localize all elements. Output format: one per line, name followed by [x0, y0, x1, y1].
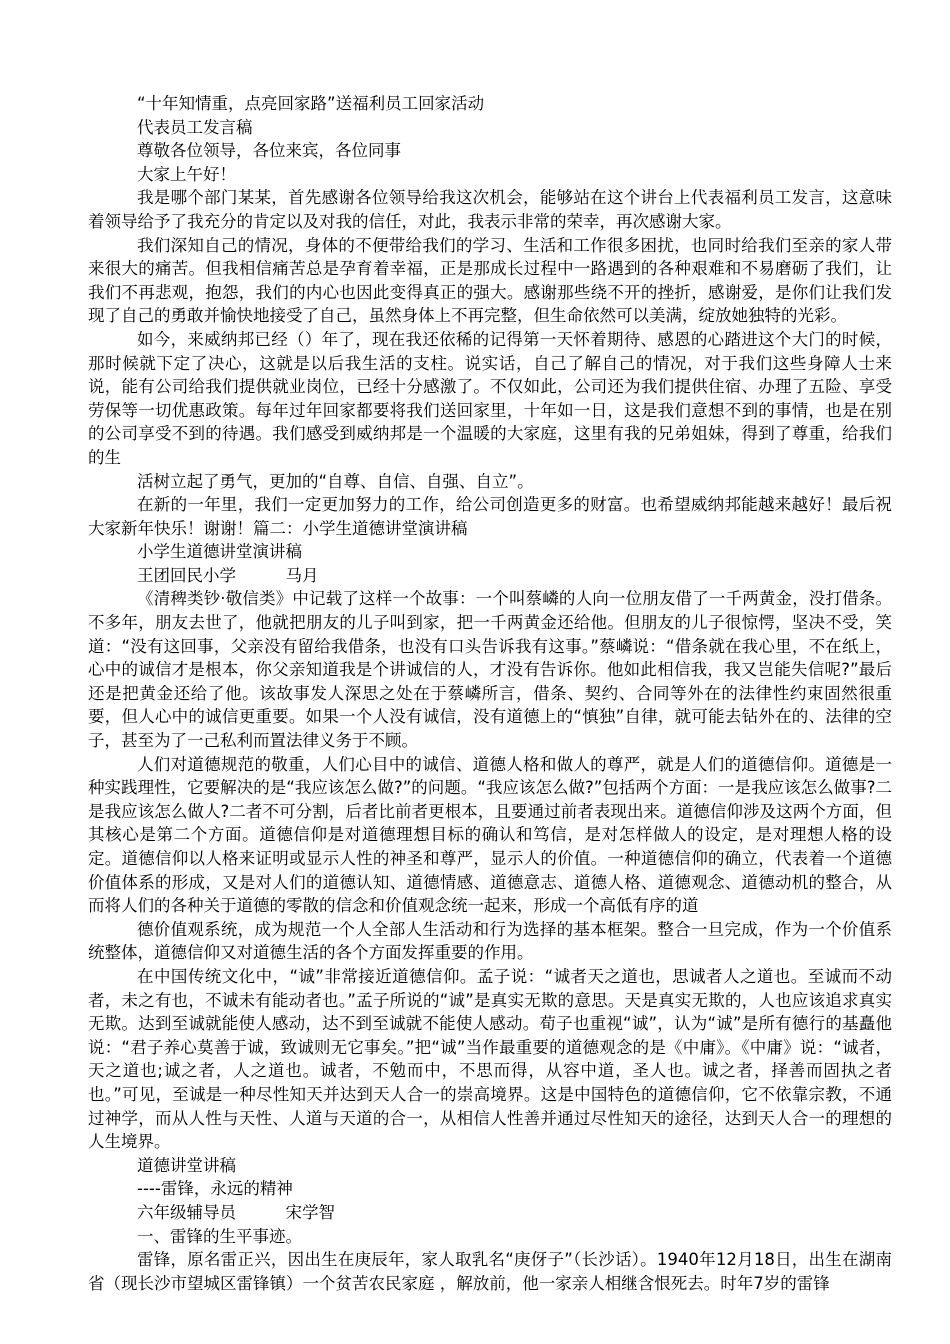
paragraph: 在中国传统文化中，“诚”非常接近道德信仰。孟子说：“诚者天之道也，思诚者人之道也…: [88, 965, 892, 1154]
paragraph: 《清稗类钞·敬信类》中记载了这样一个故事：一个叫蔡嶙的人向一位朋友借了一千两黄金…: [88, 587, 892, 752]
document-page: “十年知情重，点亮回家路”送福利员工回家活动代表员工发言稿尊敬各位领导，各位来宾…: [0, 0, 950, 1344]
paragraph: 尊敬各位领导，各位来宾，各位同事: [88, 139, 892, 163]
paragraph: 德价值观系统，成为规范一个人全部人生活动和行为选择的基本框架。整合一旦完成，作为…: [88, 918, 892, 965]
paragraph: 人们对道德规范的敬重，人们心目中的诚信、道德人格和做人的尊严，就是人们的道德信仰…: [88, 753, 892, 918]
paragraph: 如今，来威纳邦已经（）年了，现在我还依稀的记得第一天怀着期待、感恩的心踏进这个大…: [88, 328, 892, 470]
paragraph: 活树立起了勇气，更加的“自尊、自信、自强、自立”。: [88, 470, 892, 494]
paragraph: 六年级辅导员 宋学智: [88, 1201, 892, 1225]
paragraph: 小学生道德讲堂演讲稿: [88, 540, 892, 564]
paragraph: 王团回民小学 马月: [88, 564, 892, 588]
paragraph: 我是哪个部门某某，首先感谢各位领导给我这次机会，能够站在这个讲台上代表福利员工发…: [88, 186, 892, 233]
paragraph: 一、雷锋的生平事迹。: [88, 1225, 892, 1249]
paragraph: 雷锋，原名雷正兴，因出生在庚辰年，家人取乳名“庚伢子”（长沙话）。1940年12…: [88, 1248, 892, 1295]
paragraph: ----雷锋，永远的精神: [88, 1177, 892, 1201]
document-body: “十年知情重，点亮回家路”送福利员工回家活动代表员工发言稿尊敬各位领导，各位来宾…: [0, 0, 950, 1335]
paragraph: 代表员工发言稿: [88, 116, 892, 140]
paragraph: 在新的一年里，我们一定更加努力的工作，给公司创造更多的财富。也希望威纳邦能越来越…: [88, 493, 892, 540]
paragraph: 大家上午好！: [88, 163, 892, 187]
paragraph: 我们深知自己的情况，身体的不便带给我们的学习、生活和工作很多困扰，也同时给我们至…: [88, 234, 892, 328]
paragraph: “十年知情重，点亮回家路”送福利员工回家活动: [88, 92, 892, 116]
paragraph: 道德讲堂讲稿: [88, 1154, 892, 1178]
